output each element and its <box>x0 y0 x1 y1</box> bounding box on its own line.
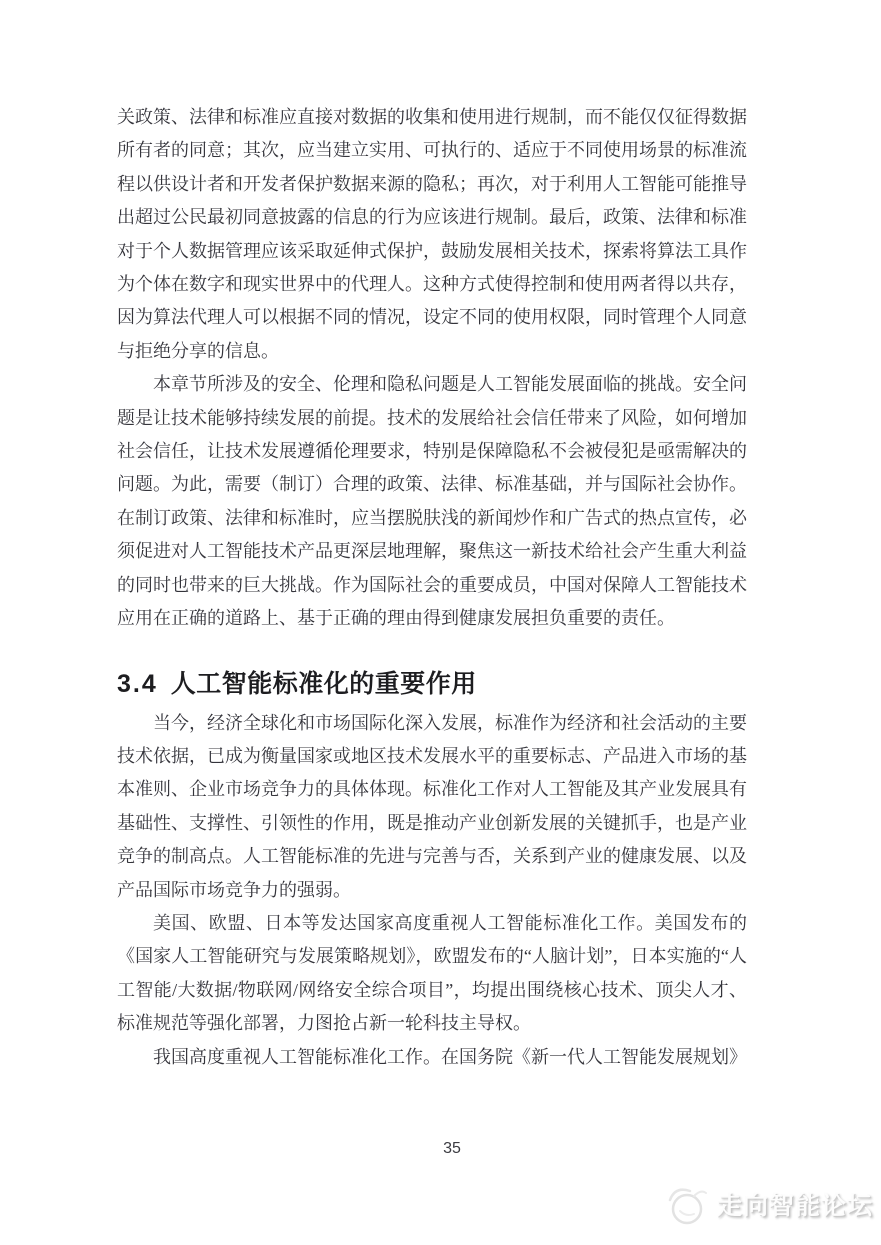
page-content: 关政策、法律和标准应直接对数据的收集和使用进行规制，而不能仅仅征得数据所有者的同… <box>117 101 747 1074</box>
section-title: 人工智能标准化的重要作用 <box>171 670 477 698</box>
section-heading: 3.4人工智能标准化的重要作用 <box>117 668 747 700</box>
paragraph: 当今，经济全球化和市场国际化深入发展，标准作为经济和社会活动的主要技术依据，已成… <box>117 707 747 907</box>
dove-logo-icon <box>660 1178 712 1230</box>
document-page: 关政策、法律和标准应直接对数据的收集和使用进行规制，而不能仅仅征得数据所有者的同… <box>0 0 881 1245</box>
page-number: 35 <box>443 1140 461 1158</box>
paragraph: 本章节所涉及的安全、伦理和隐私问题是人工智能发展面临的挑战。安全问题是让技术能够… <box>117 368 747 635</box>
paragraph: 我国高度重视人工智能标准化工作。在国务院《新一代人工智能发展规划》 <box>117 1041 747 1074</box>
watermark-text: 走向智能论坛 <box>717 1186 873 1222</box>
watermark: 走向智能论坛 <box>660 1178 873 1230</box>
paragraph-continued: 关政策、法律和标准应直接对数据的收集和使用进行规制，而不能仅仅征得数据所有者的同… <box>117 101 747 368</box>
section-number: 3.4 <box>117 670 158 698</box>
paragraph: 美国、欧盟、日本等发达国家高度重视人工智能标准化工作。美国发布的《国家人工智能研… <box>117 907 747 1041</box>
